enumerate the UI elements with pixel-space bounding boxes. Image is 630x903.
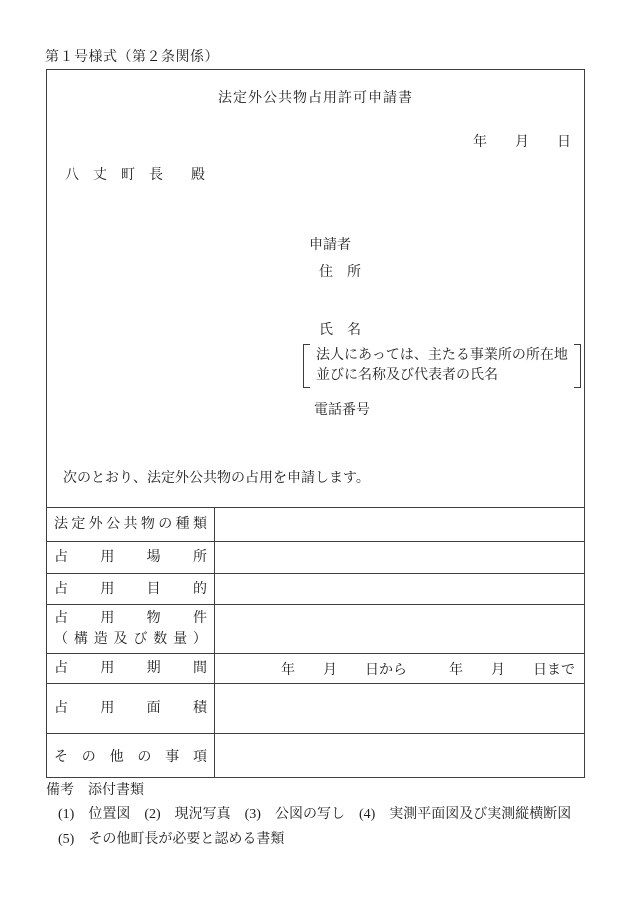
applicant-label: 申請者 — [309, 234, 351, 254]
corporate-note-line-1: 法人にあっては、主たる事業所の所在地 — [316, 348, 568, 363]
row-label: その他の事項 — [47, 734, 215, 777]
form-title: 法定外公共物占用許可申請書 — [47, 87, 584, 107]
attachments-line-1: (1) 位置図 (2) 現況写真 (3) 公図の写し (4) 実測平面図及び実測… — [58, 803, 571, 823]
occupancy-table: 法定外公共物の種類 占用場所 占用目的 — [47, 507, 584, 777]
remarks-heading: 備考 添付書類 — [46, 779, 144, 799]
row-label: 占用期間 — [47, 654, 215, 683]
table-row-purpose: 占用目的 — [47, 574, 584, 605]
row-value — [215, 684, 584, 733]
row-label-text: 占用期間 — [54, 658, 207, 679]
row-label: 占用物件 （構造及び数量） — [47, 605, 215, 653]
phone-label: 電話番号 — [314, 399, 370, 419]
row-label-subtext: （構造及び数量） — [54, 629, 207, 650]
row-value — [215, 574, 584, 604]
row-label-text: 占用面積 — [54, 698, 207, 719]
row-value — [215, 508, 584, 541]
row-value-text: 年 月 日から 年 月 日まで — [215, 659, 575, 679]
row-value — [215, 605, 584, 653]
row-label-text: 占用物件 — [54, 608, 207, 629]
form-number: 第１号様式（第２条関係） — [45, 46, 219, 66]
table-row-type: 法定外公共物の種類 — [47, 508, 584, 542]
table-row-period: 占用期間 年 月 日から 年 月 日まで — [47, 654, 584, 684]
row-value — [215, 734, 584, 777]
table-row-area: 占用面積 — [47, 684, 584, 734]
addressee-line: 八 丈 町 長 殿 — [65, 164, 205, 184]
bracket-left — [303, 344, 310, 388]
row-label-text: 占用目的 — [54, 579, 207, 600]
row-value — [215, 542, 584, 573]
row-value: 年 月 日から 年 月 日まで — [215, 654, 584, 683]
row-label-text: 法定外公共物の種類 — [54, 514, 207, 535]
row-label: 法定外公共物の種類 — [47, 508, 215, 541]
document-page: 第１号様式（第２条関係） 法定外公共物占用許可申請書 年 月 日 八 丈 町 長… — [0, 0, 630, 903]
corporate-note-line-2: 並びに名称及び代表者の氏名 — [316, 368, 498, 383]
declaration-text: 次のとおり、法定外公共物の占用を申請します。 — [63, 467, 370, 487]
corporate-note-text: 法人にあっては、主たる事業所の所在地 並びに名称及び代表者の氏名 — [316, 344, 568, 388]
corporate-note: 法人にあっては、主たる事業所の所在地 並びに名称及び代表者の氏名 — [303, 344, 581, 388]
row-label: 占用場所 — [47, 542, 215, 573]
row-label-text: その他の事項 — [54, 747, 207, 768]
table-row-location: 占用場所 — [47, 542, 584, 574]
row-label-text: 占用場所 — [54, 547, 207, 568]
row-label: 占用目的 — [47, 574, 215, 604]
attachments-line-2: (5) その他町長が必要と認める書類 — [58, 828, 284, 848]
bracket-right — [574, 344, 581, 388]
form-border-box: 法定外公共物占用許可申請書 年 月 日 八 丈 町 長 殿 申請者 住 所 氏 … — [46, 69, 585, 778]
row-label: 占用面積 — [47, 684, 215, 733]
address-label: 住 所 — [319, 261, 361, 281]
table-row-property: 占用物件 （構造及び数量） — [47, 605, 584, 654]
name-label: 氏 名 — [319, 319, 361, 339]
date-line: 年 月 日 — [473, 131, 571, 151]
table-row-other: その他の事項 — [47, 734, 584, 777]
